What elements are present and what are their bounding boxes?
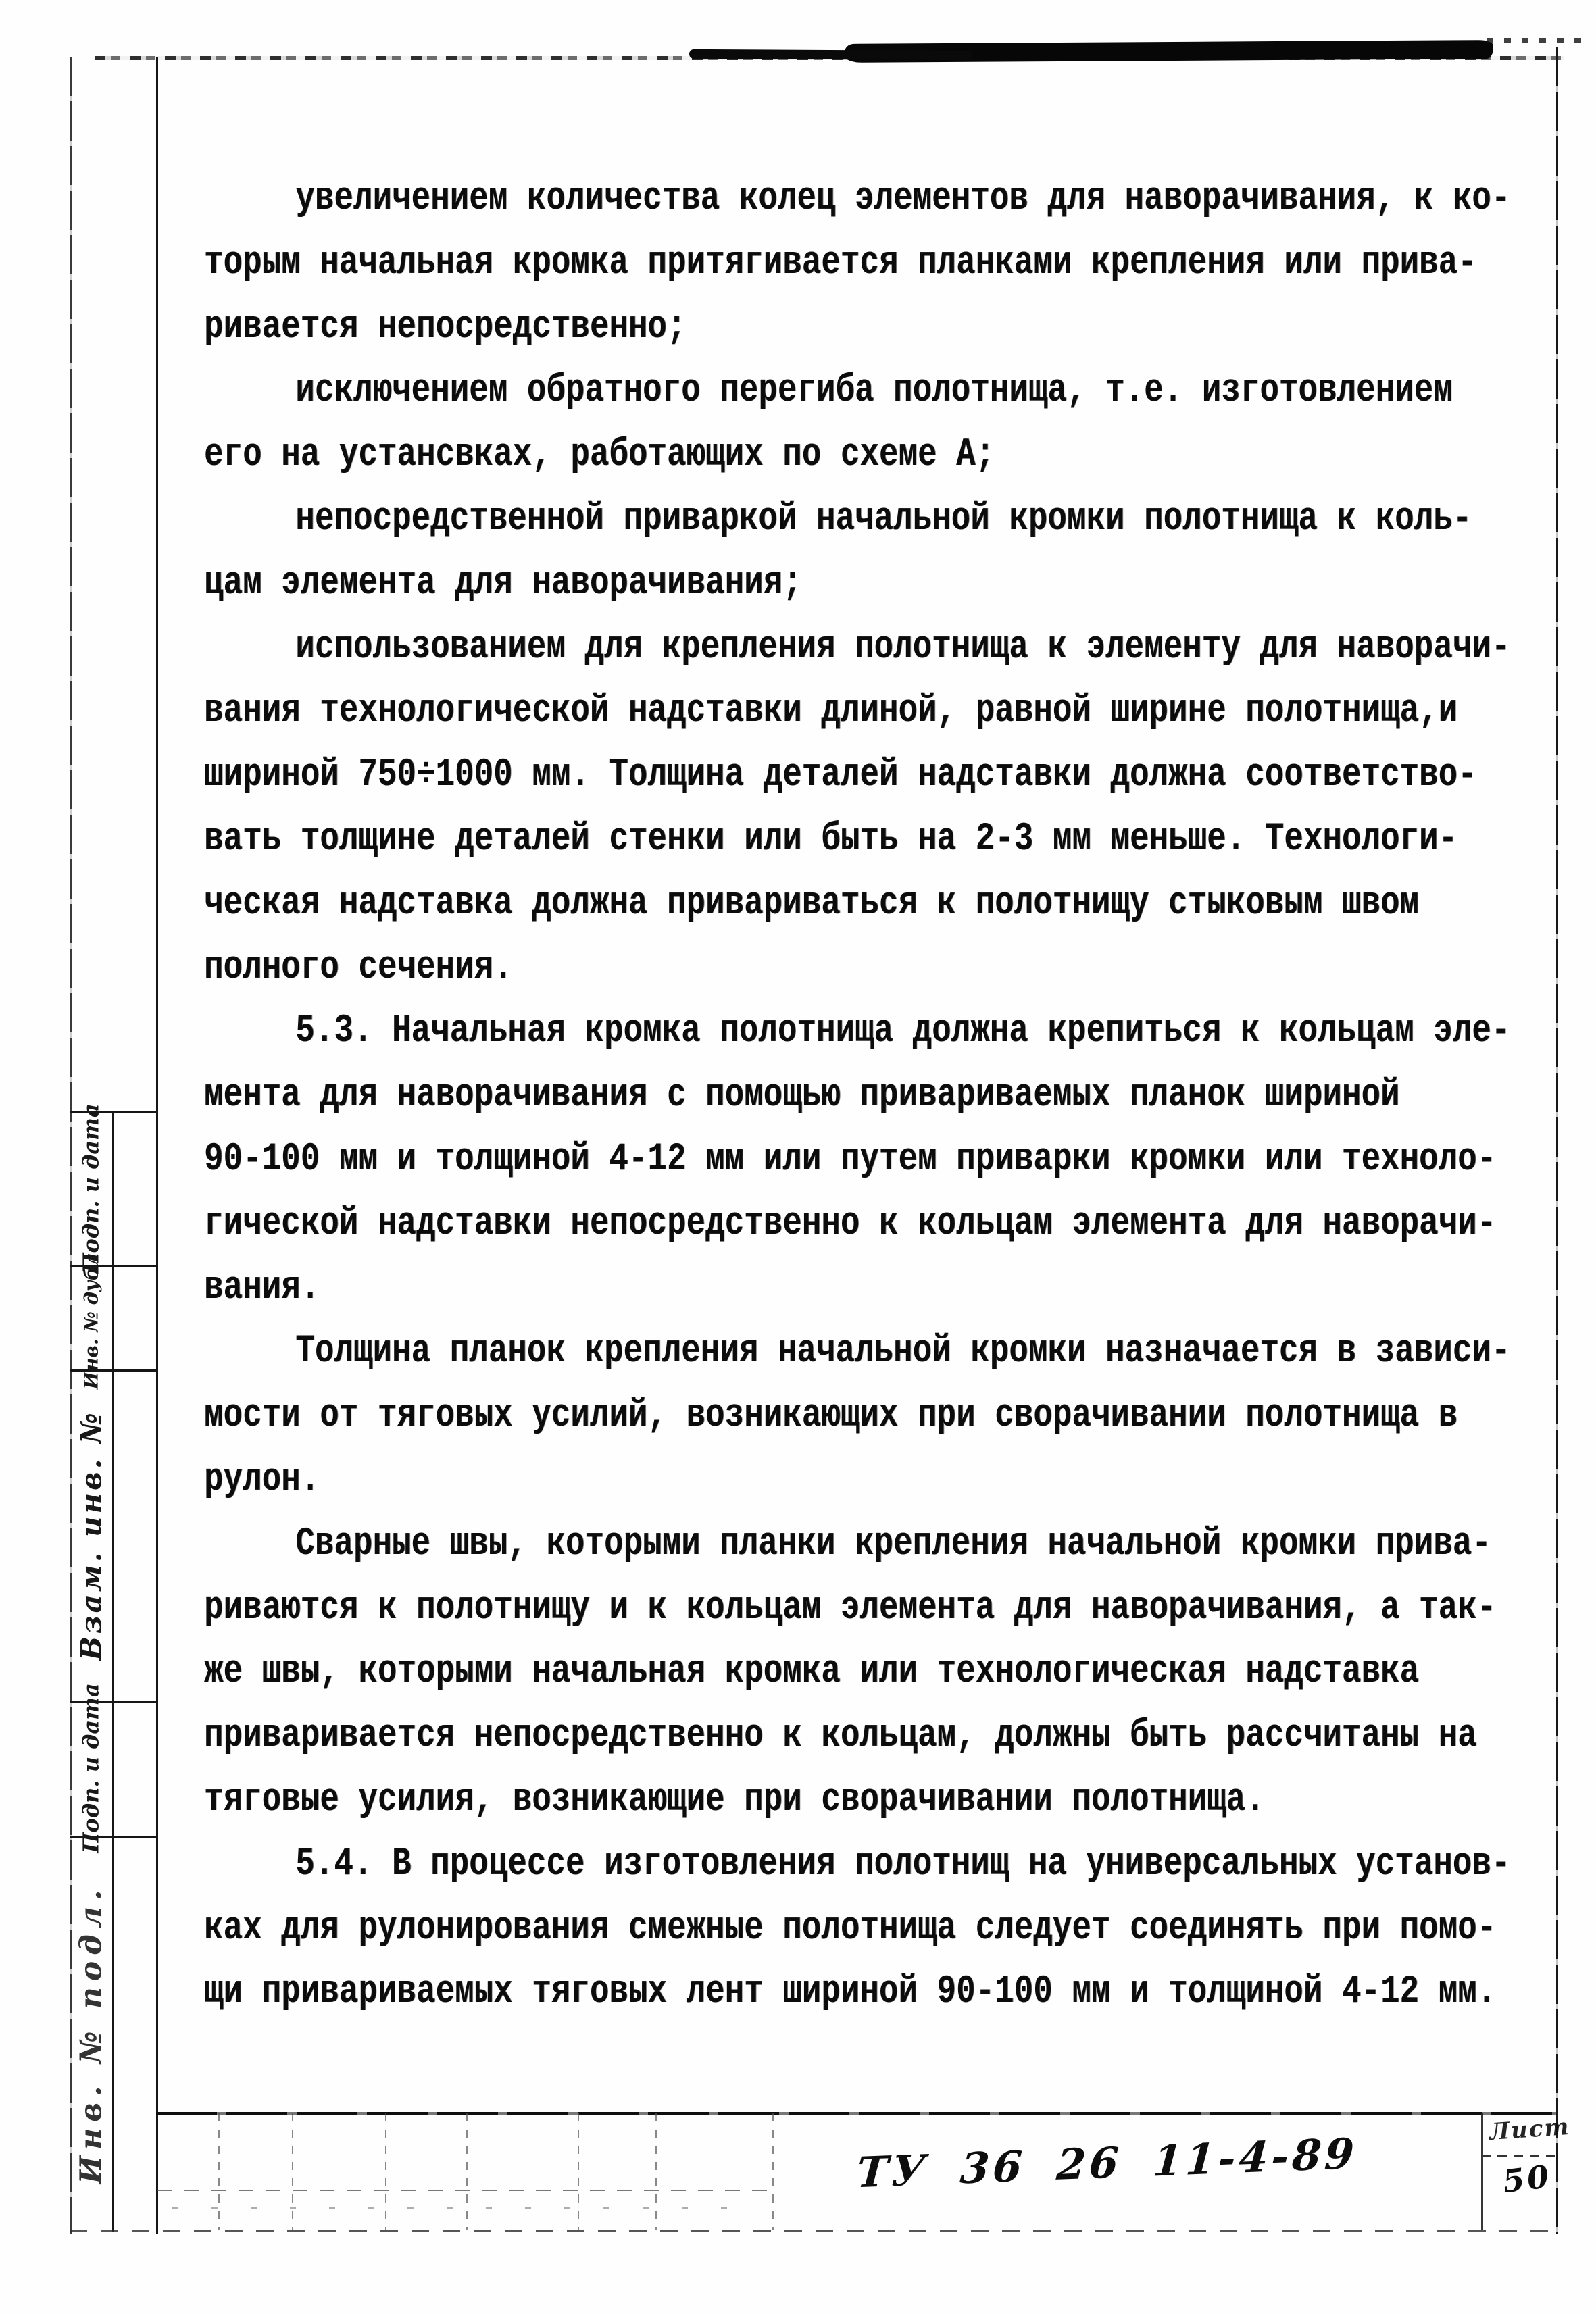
text-line: тяговые усилия, возникающие при сворачив… bbox=[204, 1769, 1578, 1833]
titleblock-column-line bbox=[218, 2113, 220, 2230]
text-line: рулон. bbox=[204, 1449, 1578, 1513]
titleblock-top-border bbox=[156, 2112, 1556, 2115]
frame-left-line bbox=[156, 57, 158, 2234]
text-line: вать толщине деталей стенки или быть на … bbox=[204, 808, 1578, 872]
text-line: мента для наворачивания с помощью привар… bbox=[204, 1064, 1578, 1128]
sidebar-label: Взам. инв. № bbox=[75, 1410, 108, 1660]
text-line: увеличением количества колец элементов д… bbox=[204, 168, 1578, 232]
sheet-number: 50 bbox=[1501, 2158, 1553, 2200]
typewritten-text-block: увеличением количества колец элементов д… bbox=[204, 168, 1578, 2025]
titleblock-column-line bbox=[466, 2113, 468, 2230]
sheet-label: Лист bbox=[1489, 2113, 1571, 2146]
text-line: щи привариваемых тяговых лент шириной 90… bbox=[204, 1961, 1578, 2025]
text-line: гической надставки непосредственно к кол… bbox=[204, 1192, 1578, 1257]
text-line: шириной 750÷1000 мм. Толщина деталей над… bbox=[204, 744, 1578, 808]
sidebar-cell-podp-i-data-2: Подп. и дата bbox=[70, 1701, 113, 1836]
sidebar-cell-vzam-inv-no: Взам. инв. № bbox=[70, 1369, 113, 1701]
text-line: риваются к полотнищу и к кольцам элемент… bbox=[204, 1577, 1578, 1641]
text-line: 5.3. Начальная кромка полотнища должна к… bbox=[204, 1000, 1578, 1064]
titleblock-column-line bbox=[578, 2113, 579, 2230]
sheet-cell-divider bbox=[1481, 2155, 1556, 2157]
text-line: полного сечения. bbox=[204, 936, 1578, 1001]
text-line: ривается непосредственно; bbox=[204, 296, 1578, 360]
sidebar-cell-inv-no-dubl: Инв. № дубл. bbox=[70, 1265, 113, 1369]
sidebar-label: Инв. № подл. bbox=[74, 1884, 109, 2184]
titleblock-column-line bbox=[655, 2113, 657, 2230]
sheet-cell-left-line bbox=[1481, 2113, 1483, 2230]
titleblock-column-line bbox=[772, 2113, 774, 2230]
sidebar-label: Подп. и дата bbox=[78, 1683, 104, 1853]
text-line: цам элемента для наворачивания; bbox=[204, 552, 1578, 616]
text-line: торым начальная кромка притягивается пла… bbox=[204, 232, 1578, 296]
text-line: же швы, которыми начальная кромка или те… bbox=[204, 1640, 1578, 1705]
document-designation: ТУ 36 26 11-4-89 bbox=[855, 2129, 1359, 2198]
text-line: ках для рулонирования смежные полотнища … bbox=[204, 1897, 1578, 1961]
text-line: Толщина планок крепления начальной кромк… bbox=[204, 1320, 1578, 1384]
titleblock-column-line bbox=[385, 2113, 386, 2230]
scan-edge-smear-2 bbox=[689, 49, 973, 60]
text-line: вания технологической надставки длиной, … bbox=[204, 680, 1578, 744]
text-line: 5.4. В процессе изготовления полотнищ на… bbox=[204, 1833, 1578, 1897]
titleblock-row-divider bbox=[157, 2190, 772, 2191]
scanned-document-page: увеличением количества колец элементов д… bbox=[0, 0, 1596, 2314]
titleblock-column-line bbox=[292, 2113, 293, 2230]
text-line: Сварные швы, которыми планки крепления н… bbox=[204, 1513, 1578, 1577]
text-line: его на устансвках, работающих по схеме А… bbox=[204, 424, 1578, 488]
sidebar-label: Инв. № дубл. bbox=[80, 1246, 103, 1389]
titleblock-faded-text-remnants bbox=[172, 2207, 753, 2209]
text-line: исключением обратного перегиба полотнища… bbox=[204, 359, 1578, 424]
text-line: мости от тяговых усилий, возникающих при… bbox=[204, 1384, 1578, 1449]
text-line: использованием для крепления полотнища к… bbox=[204, 616, 1578, 680]
titleblock-bottom-border bbox=[70, 2230, 1556, 2232]
sidebar-cell-inv-no-podl: Инв. № подл. bbox=[70, 1836, 113, 2232]
sidebar-cell-podp-i-data-1: Подп. и дата bbox=[70, 1111, 113, 1265]
text-line: ческая надставка должна привариваться к … bbox=[204, 872, 1578, 936]
scan-corner-specks bbox=[1487, 38, 1588, 43]
text-line: 90-100 мм и толщиной 4-12 мм или путем п… bbox=[204, 1128, 1578, 1192]
text-line: вания. bbox=[204, 1257, 1578, 1321]
text-line: приваривается непосредственно к кольцам,… bbox=[204, 1705, 1578, 1769]
text-line: непосредственной приваркой начальной кро… bbox=[204, 488, 1578, 552]
